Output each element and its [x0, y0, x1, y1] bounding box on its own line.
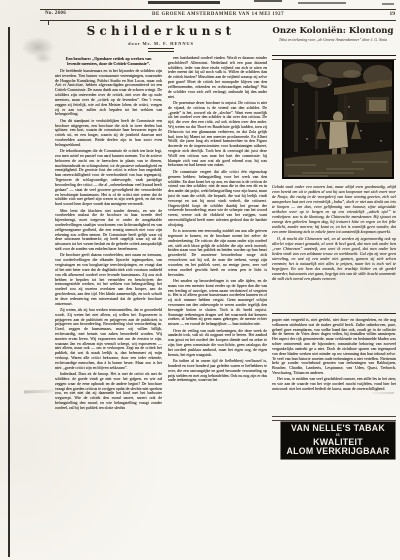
scan-edge-line	[8, 27, 10, 557]
paragraph: Er is trouwens een eenvoudig middel om a…	[168, 229, 267, 277]
left-article-title: Schilderkunst	[55, 24, 267, 38]
left-article-header: Schilderkunst door Mr. M. F. HENNUS	[55, 24, 267, 52]
paragraph: Men leest die klachten niet zonder deern…	[55, 209, 162, 252]
newspaper-page: No. 2606 DE GROENE AMSTERDAMMER VAN 14 M…	[0, 0, 400, 560]
paragraph: papier niet vergeeld is, niet gevlekt, n…	[272, 318, 396, 376]
paragraph: een laatdunkend oordeel vinden. Wordt er…	[168, 56, 267, 99]
scan-top-dash	[382, 3, 394, 5]
paragraph: Over de veiling van oude teekeningen, di…	[168, 329, 267, 358]
ad-line-availability: ALOM VERKRIJGBAAR	[281, 447, 395, 457]
masthead-title: DE GROENE AMSTERDAMMER VAN 14 MEI 1927	[40, 12, 396, 17]
right-article-header: Onze Koloniën: Klontong Tekst en teekeni…	[270, 26, 396, 43]
paragraph: Het smalen op beoordeelingen is van alle…	[168, 279, 267, 327]
paragraph: Het was, te midden van veel geschilderd …	[272, 377, 396, 391]
left-article-byline: door Mr. M. F. HENNUS	[55, 41, 267, 46]
page-number: 19	[390, 11, 396, 17]
article-intro-blurb: Een brochure: „Openbare critiek op werke…	[60, 56, 157, 66]
ad-line-brand: VAN NELLE'S TABAK	[281, 424, 395, 434]
paragraph: De brochure geeft daarna voorbeelden, me…	[55, 253, 162, 306]
ad-divider-rule	[272, 416, 396, 421]
left-article-column-2: een laatdunkend oordeel vinden. Wordt er…	[168, 56, 267, 460]
paragraph: Om dit standpunt te verduidelijken heeft…	[55, 119, 162, 148]
masthead-rule-bottom	[40, 20, 396, 21]
left-article-column-1: Een brochure: „Openbare critiek op werke…	[55, 56, 162, 460]
paragraph: Inderdaad. Daar zit de knoop. Het is met…	[55, 372, 162, 411]
scan-smudge	[33, 52, 53, 64]
scan-top-dash	[298, 2, 346, 4]
paragraph: De beeldende kunstenaars en in het bijzo…	[55, 69, 162, 117]
byline-ornament-rule	[148, 48, 174, 52]
klontong-woodcut-illustration	[282, 60, 394, 179]
right-article-subtitle: Tekst en teekening voor „de Groene Amste…	[276, 38, 390, 43]
masthead-tick-mark	[48, 21, 49, 25]
section-divider-rule	[272, 313, 396, 314]
right-article-italic-intro: Gebukt vaak onder een zwaren last, maar …	[272, 184, 396, 311]
van-nelle-advertisement: VAN NELLE'S TABAK IS KWALITEIT ALOM VERK…	[281, 422, 395, 459]
paragraph: En indien al in onzen tijd de liefhebber…	[168, 359, 267, 383]
paragraph: De praemisse dezer brochure is onjuist. …	[168, 101, 267, 168]
masthead-rule-top	[40, 9, 396, 10]
scan-top-dash	[254, 0, 282, 2]
subtitle-rule	[272, 55, 396, 60]
paragraph: De commissie vergeet dat alle critici éé…	[168, 170, 267, 228]
right-article-title: Onze Koloniën: Klontong	[270, 26, 396, 36]
paragraph: De tekortkomingen die de Commissie de cr…	[55, 149, 162, 207]
right-lower-column: papier niet vergeeld is, niet gevlekt, n…	[272, 318, 396, 412]
paragraph: O, ik mocht die Chineezen wel, en al wor…	[272, 236, 396, 281]
paragraph: Gebukt vaak onder een zwaren last, maar …	[272, 184, 396, 234]
pencil-mark	[24, 389, 56, 393]
scan-top-dash	[148, 1, 220, 4]
paragraph: Zij weten, als zij hun werken tentoonste…	[55, 308, 162, 371]
